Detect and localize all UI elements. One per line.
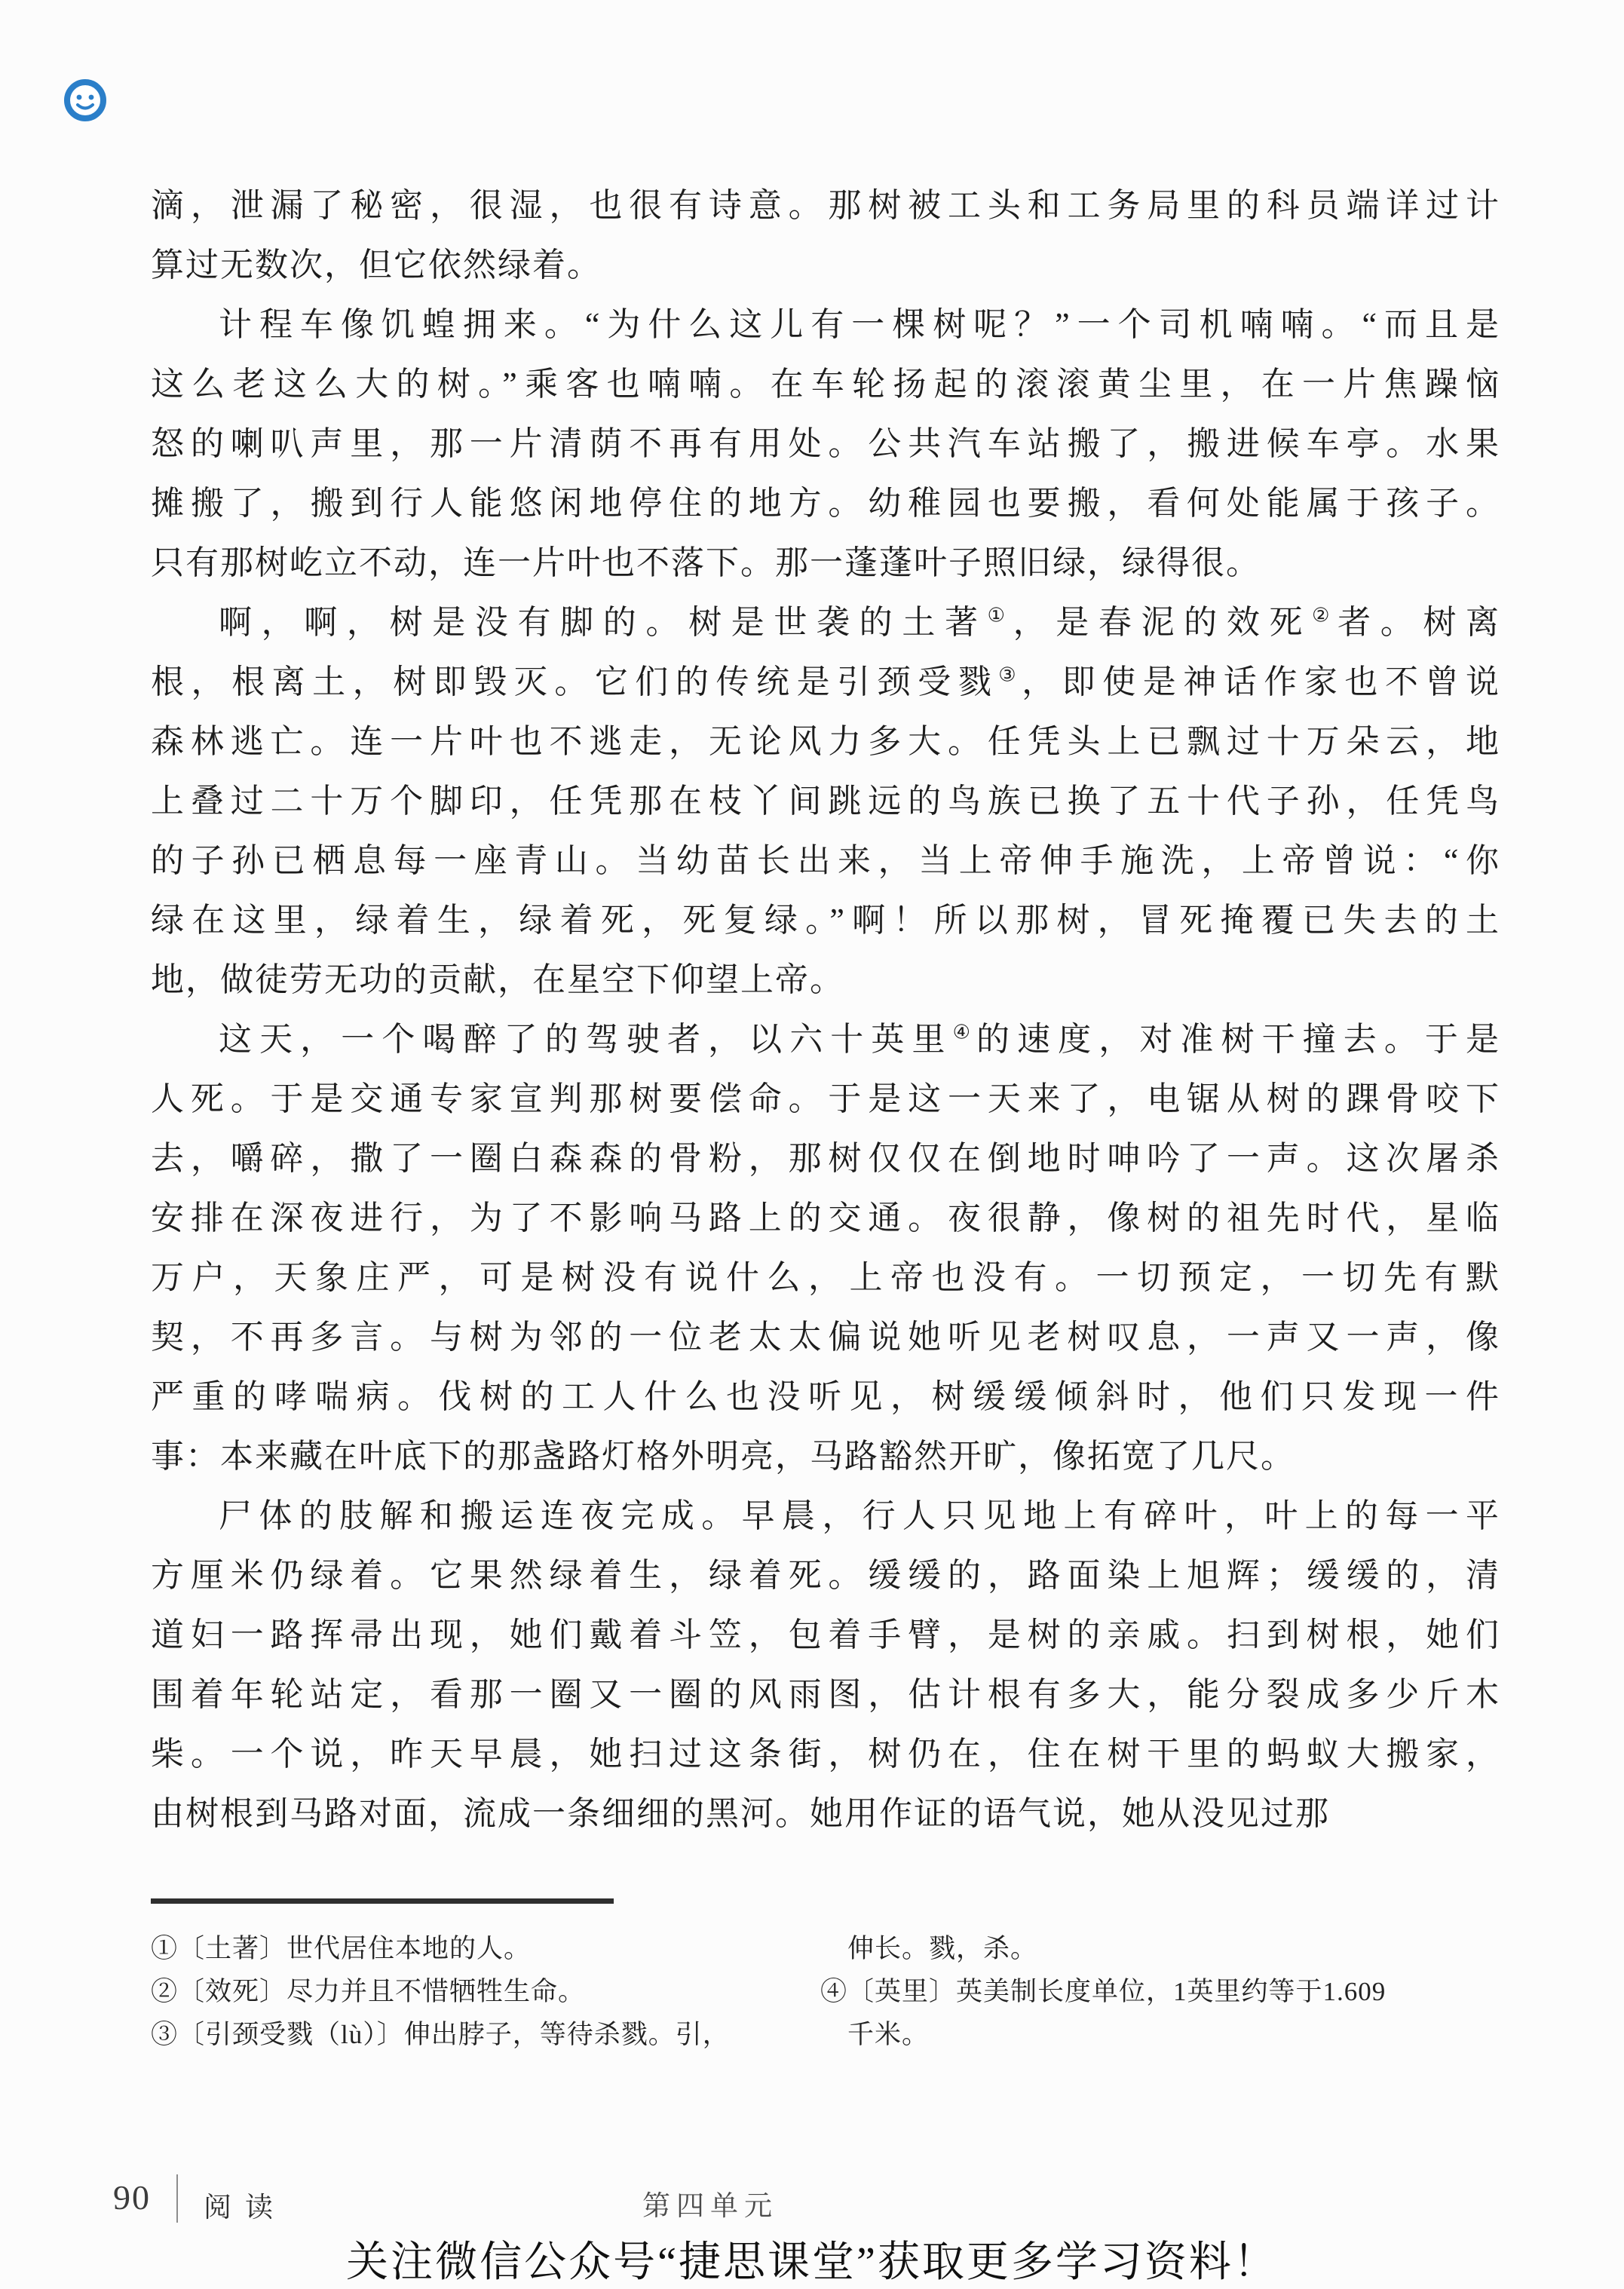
text-line: 契，不再多言。与树为邻的一位老太太偏说她听见老树叹息，一声又一声，像 [151, 1307, 1500, 1367]
footnotes-left-column: ①〔土著〕世代居住本地的人。②〔效死〕尽力并且不惜牺牲生命。③〔引颈受戮（lù）… [151, 1927, 820, 2056]
footnote-ref: ③ [998, 663, 1022, 685]
text-line: 这天，一个喝醉了的驾驶者，以六十英里④的速度，对准树干撞去。于是 [151, 1010, 1500, 1069]
smiley-face-svg [63, 78, 107, 122]
text-line: 滴，泄漏了秘密，很湿，也很有诗意。那树被工头和工务局里的科员端详过计 [151, 176, 1500, 235]
footnote-ref: ① [988, 604, 1013, 626]
text-line: 道妇一路挥帚出现，她们戴着斗笠，包着手臂，是树的亲戚。扫到树根，她们 [151, 1605, 1500, 1665]
footnotes-right-column: 伸长。戮，杀。④〔英里〕英美制长度单位，1英里约等于1.609千米。 [820, 1927, 1502, 2056]
article-body: 滴，泄漏了秘密，很湿，也很有诗意。那树被工头和工务局里的科员端详过计算过无数次，… [151, 176, 1500, 1843]
footnote-ref: ④ [953, 1021, 976, 1043]
footnote-item: 千米。 [820, 2013, 1502, 2056]
footnote-ref: ② [1312, 604, 1338, 626]
text-line: 围着年轮站定，看那一圈又一圈的风雨图，估计根有多大，能分裂成多少斤木 [151, 1665, 1500, 1724]
footnote-item: ③〔引颈受戮（lù）〕伸出脖子，等待杀戮。引， [151, 2013, 820, 2056]
text-line: 柴。一个说，昨天早晨，她扫过这条街，树仍在，住在树干里的蚂蚁大搬家， [151, 1724, 1500, 1784]
text-line: 计程车像饥蝗拥来。“为什么这儿有一棵树呢？”一个司机喃喃。“而且是 [151, 295, 1500, 354]
text-line: 算过无数次，但它依然绿着。 [151, 235, 1500, 295]
text-line: 事：本来藏在叶底下的那盏路灯格外明亮，马路豁然开旷，像拓宽了几尺。 [151, 1426, 1500, 1486]
footer-section-label: 阅读 [204, 2184, 286, 2225]
text-line: 森林逃亡。连一片叶也不逃走，无论风力多大。任凭头上已飘过十万朵云，地 [151, 712, 1500, 771]
text-line: 尸体的肢解和搬运连夜完成。早晨，行人只见地上有碎叶，叶上的每一平 [151, 1486, 1500, 1546]
text-line: 万户，天象庄严，可是树没有说什么，上帝也没有。一切预定，一切先有默 [151, 1248, 1500, 1307]
footer-unit-label: 第四单元 [642, 2183, 778, 2223]
footnote-item: ①〔土著〕世代居住本地的人。 [151, 1927, 820, 1970]
text-line: 上叠过二十万个脚印，任凭那在枝丫间跳远的鸟族已换了五十代子孙，任凭鸟 [151, 771, 1500, 831]
footer-divider [176, 2174, 178, 2223]
text-line: 由树根到马路对面，流成一条细细的黑河。她用作证的语气说，她从没见过那 [151, 1784, 1500, 1843]
smiley-face-icon [63, 78, 107, 122]
text-line: 方厘米仍绿着。它果然绿着生，绿着死。缓缓的，路面染上旭辉；缓缓的，清 [151, 1546, 1500, 1605]
footnote-item: ④〔英里〕英美制长度单位，1英里约等于1.609 [820, 1970, 1502, 2013]
footnote-item: ②〔效死〕尽力并且不惜牺牲生命。 [151, 1970, 820, 2013]
text-line: 绿在这里，绿着生，绿着死，死复绿。”啊！所以那树，冒死掩覆已失去的土 [151, 890, 1500, 950]
watermark-text: 关注微信公众号“捷思课堂”获取更多学习资料！ [0, 2229, 1624, 2289]
text-line: 安排在深夜进行，为了不影响马路上的交通。夜很静，像树的祖先时代，星临 [151, 1188, 1500, 1248]
text-line: 只有那树屹立不动，连一片叶也不落下。那一蓬蓬叶子照旧绿，绿得很。 [151, 533, 1500, 593]
text-line: 摊搬了，搬到行人能悠闲地停住的地方。幼稚园也要搬，看何处能属于孩子。 [151, 473, 1500, 533]
text-line: 怒的喇叭声里，那一片清荫不再有用处。公共汽车站搬了，搬进候车亭。水果 [151, 414, 1500, 473]
text-line: 啊，啊，树是没有脚的。树是世袭的土著①，是春泥的效死②者。树离 [151, 593, 1500, 652]
footnote-divider [151, 1898, 614, 1904]
text-line: 根，根离土，树即毁灭。它们的传统是引颈受戮③，即使是神话作家也不曾说 [151, 652, 1500, 712]
text-line: 的子孙已栖息每一座青山。当幼苗长出来，当上帝伸手施洗，上帝曾说：“你 [151, 831, 1500, 890]
text-line: 这么老这么大的树。”乘客也喃喃。在车轮扬起的滚滚黄尘里，在一片焦躁恼 [151, 354, 1500, 414]
page-number: 90 [113, 2177, 151, 2217]
text-line: 人死。于是交通专家宣判那树要偿命。于是这一天来了，电锯从树的踝骨咬下 [151, 1069, 1500, 1129]
text-line: 地，做徒劳无功的贡献，在星空下仰望上帝。 [151, 950, 1500, 1010]
footnote-item: 伸长。戮，杀。 [820, 1927, 1502, 1970]
textbook-page: 滴，泄漏了秘密，很湿，也很有诗意。那树被工头和工务局里的科员端详过计算过无数次，… [0, 0, 1624, 2289]
text-line: 去，嚼碎，撒了一圈白森森的骨粉，那树仅仅在倒地时呻吟了一声。这次屠杀 [151, 1129, 1500, 1188]
footnotes: ①〔土著〕世代居住本地的人。②〔效死〕尽力并且不惜牺牲生命。③〔引颈受戮（lù）… [151, 1927, 1502, 2056]
text-line: 严重的哮喘病。伐树的工人什么也没听见，树缓缓倾斜时，他们只发现一件 [151, 1367, 1500, 1426]
